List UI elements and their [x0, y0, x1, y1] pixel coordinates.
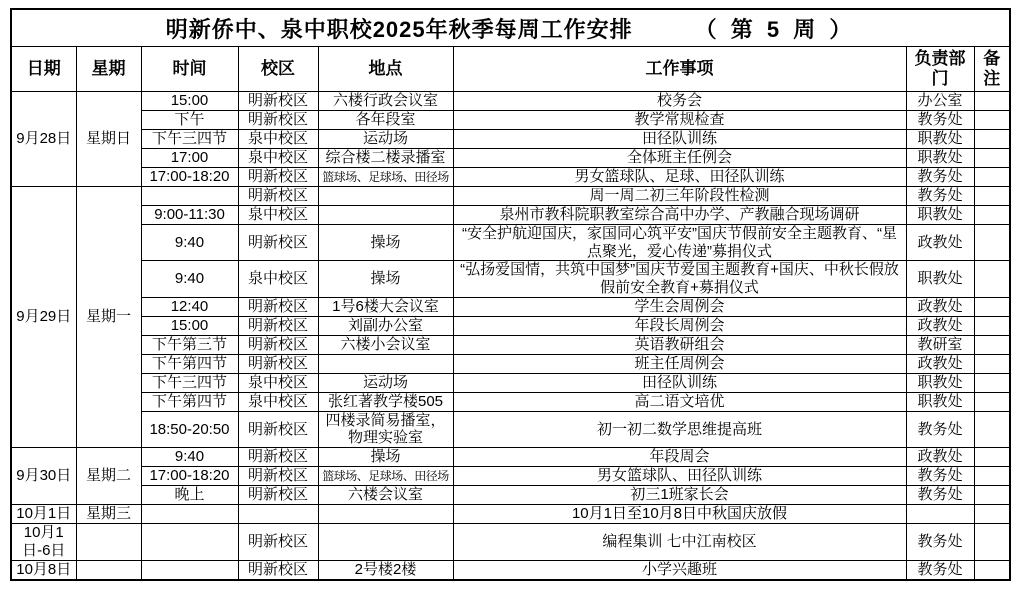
table-row: 9月30日星期二9:40明新校区操场年段周会政教处 — [11, 448, 1010, 467]
note-cell — [974, 467, 1010, 486]
place-cell: 运动场 — [318, 130, 453, 149]
place-cell — [318, 187, 453, 206]
department-cell: 政教处 — [906, 316, 974, 335]
place-cell: 刘副办公室 — [318, 316, 453, 335]
table-row: 10月8日明新校区2号楼2楼小学兴趣班教务处 — [11, 560, 1010, 580]
work-item-cell: 班主任周例会 — [453, 354, 906, 373]
department-cell: 教务处 — [906, 560, 974, 580]
table-row: 下午三四节泉中校区运动场田径队训练职教处 — [11, 130, 1010, 149]
column-header-department: 负责部门 — [906, 47, 974, 92]
weekday-cell — [76, 560, 141, 580]
department-cell: 办公室 — [906, 92, 974, 111]
time-cell: 下午三四节 — [141, 373, 238, 392]
place-cell — [318, 206, 453, 225]
campus-cell: 明新校区 — [238, 297, 318, 316]
title-text: 明新侨中、泉中职校2025年秋季每周工作安排 — [166, 17, 633, 42]
time-cell: 下午第三节 — [141, 335, 238, 354]
campus-cell: 明新校区 — [238, 354, 318, 373]
campus-cell: 泉中校区 — [238, 261, 318, 297]
place-cell: 2号楼2楼 — [318, 560, 453, 580]
place-cell: 1号6楼大会议室 — [318, 297, 453, 316]
department-cell: 教务处 — [906, 168, 974, 187]
department-cell — [906, 505, 974, 524]
campus-cell: 明新校区 — [238, 92, 318, 111]
table-row: 下午三四节泉中校区运动场田径队训练职教处 — [11, 373, 1010, 392]
department-cell: 职教处 — [906, 130, 974, 149]
table-row: 10月1日星期三10月1日至10月8日中秋国庆放假 — [11, 505, 1010, 524]
header-row: 日期星期时间校区地点工作事项负责部门备注 — [11, 47, 1010, 92]
table-row: 17:00-18:20明新校区篮球场、足球场、田径场男女篮球队、足球、田径队训练… — [11, 168, 1010, 187]
column-header-work-item: 工作事项 — [453, 47, 906, 92]
table-row: 9月29日星期一明新校区周一周二初三年阶段性检测教务处 — [11, 187, 1010, 206]
campus-cell: 泉中校区 — [238, 206, 318, 225]
time-cell: 9:40 — [141, 261, 238, 297]
note-cell — [974, 168, 1010, 187]
department-cell: 教务处 — [906, 111, 974, 130]
place-cell: 六楼行政会议室 — [318, 92, 453, 111]
column-header-time: 时间 — [141, 47, 238, 92]
place-cell: 四楼录简易播室，物理实验室 — [318, 411, 453, 447]
note-cell — [974, 261, 1010, 297]
work-item-cell: 编程集训 七中江南校区 — [453, 524, 906, 560]
date-cell: 10月1日 — [11, 505, 76, 524]
department-cell: 教务处 — [906, 524, 974, 560]
weekday-cell — [76, 524, 141, 560]
time-cell: 下午 — [141, 111, 238, 130]
time-cell: 9:40 — [141, 448, 238, 467]
note-cell — [974, 560, 1010, 580]
time-cell: 9:40 — [141, 225, 238, 261]
time-cell: 下午第四节 — [141, 354, 238, 373]
title-week: （ 第 5 周 ） — [695, 17, 856, 42]
time-cell: 17:00-18:20 — [141, 168, 238, 187]
work-item-cell: 泉州市教科院职教室综合高中办学、产教融合现场调研 — [453, 206, 906, 225]
note-cell — [974, 111, 1010, 130]
time-cell: 下午三四节 — [141, 130, 238, 149]
note-cell — [974, 92, 1010, 111]
note-cell — [974, 354, 1010, 373]
work-item-cell: “弘扬爱国情，共筑中国梦”国庆节爱国主题教育+国庆、中秋长假放假前安全教育+募捐… — [453, 261, 906, 297]
table-row: 9月28日星期日15:00明新校区六楼行政会议室校务会办公室 — [11, 92, 1010, 111]
date-cell: 9月30日 — [11, 448, 76, 505]
work-item-cell: 10月1日至10月8日中秋国庆放假 — [453, 505, 906, 524]
date-cell: 9月29日 — [11, 187, 76, 448]
place-cell: 篮球场、足球场、田径场 — [318, 168, 453, 187]
date-cell: 10月1日-6日 — [11, 524, 76, 560]
time-cell — [141, 524, 238, 560]
department-cell: 政教处 — [906, 448, 974, 467]
work-item-cell: 高二语文培优 — [453, 392, 906, 411]
page: 明新侨中、泉中职校2025年秋季每周工作安排（ 第 5 周 ） 日期星期时间校区… — [0, 0, 1019, 589]
place-cell — [318, 354, 453, 373]
campus-cell: 泉中校区 — [238, 130, 318, 149]
campus-cell: 明新校区 — [238, 448, 318, 467]
campus-cell: 明新校区 — [238, 486, 318, 505]
note-cell — [974, 335, 1010, 354]
time-cell: 18:50-20:50 — [141, 411, 238, 447]
department-cell: 教务处 — [906, 486, 974, 505]
campus-cell: 明新校区 — [238, 187, 318, 206]
place-cell — [318, 505, 453, 524]
work-item-cell: 初三1班家长会 — [453, 486, 906, 505]
note-cell — [974, 524, 1010, 560]
time-cell: 17:00-18:20 — [141, 467, 238, 486]
table-row: 晚上明新校区六楼会议室初三1班家长会教务处 — [11, 486, 1010, 505]
note-cell — [974, 411, 1010, 447]
department-cell: 职教处 — [906, 261, 974, 297]
campus-cell: 明新校区 — [238, 225, 318, 261]
table-row: 下午第四节泉中校区张红著教学楼505高二语文培优职教处 — [11, 392, 1010, 411]
table-row: 9:40泉中校区操场“弘扬爱国情，共筑中国梦”国庆节爱国主题教育+国庆、中秋长假… — [11, 261, 1010, 297]
time-cell — [141, 187, 238, 206]
place-cell: 综合楼二楼录播室 — [318, 149, 453, 168]
place-cell: 六楼会议室 — [318, 486, 453, 505]
work-item-cell: 男女篮球队、足球、田径队训练 — [453, 168, 906, 187]
date-cell: 10月8日 — [11, 560, 76, 580]
weekday-cell: 星期二 — [76, 448, 141, 505]
department-cell: 教务处 — [906, 467, 974, 486]
work-item-cell: 周一周二初三年阶段性检测 — [453, 187, 906, 206]
work-item-cell: 校务会 — [453, 92, 906, 111]
department-cell: 职教处 — [906, 373, 974, 392]
note-cell — [974, 130, 1010, 149]
time-cell: 17:00 — [141, 149, 238, 168]
campus-cell: 明新校区 — [238, 335, 318, 354]
schedule-table-body: 9月28日星期日15:00明新校区六楼行政会议室校务会办公室下午明新校区各年段室… — [11, 92, 1010, 580]
work-item-cell: 英语教研组会 — [453, 335, 906, 354]
title-row: 明新侨中、泉中职校2025年秋季每周工作安排（ 第 5 周 ） — [11, 9, 1010, 47]
place-cell: 运动场 — [318, 373, 453, 392]
campus-cell: 明新校区 — [238, 467, 318, 486]
work-item-cell: 学生会周例会 — [453, 297, 906, 316]
time-cell: 12:40 — [141, 297, 238, 316]
place-cell: 操场 — [318, 225, 453, 261]
table-row: 下午第三节明新校区六楼小会议室英语教研组会教研室 — [11, 335, 1010, 354]
time-cell: 晚上 — [141, 486, 238, 505]
date-cell: 9月28日 — [11, 92, 76, 187]
table-row: 10月1日-6日明新校区编程集训 七中江南校区教务处 — [11, 524, 1010, 560]
campus-cell: 明新校区 — [238, 168, 318, 187]
place-cell: 篮球场、足球场、田径场 — [318, 467, 453, 486]
work-item-cell: 年段周会 — [453, 448, 906, 467]
note-cell — [974, 448, 1010, 467]
campus-cell: 明新校区 — [238, 411, 318, 447]
campus-cell: 明新校区 — [238, 111, 318, 130]
department-cell: 职教处 — [906, 149, 974, 168]
campus-cell: 泉中校区 — [238, 149, 318, 168]
place-cell: 各年段室 — [318, 111, 453, 130]
note-cell — [974, 297, 1010, 316]
time-cell — [141, 505, 238, 524]
column-header-weekday: 星期 — [76, 47, 141, 92]
campus-cell: 明新校区 — [238, 524, 318, 560]
weekday-cell: 星期日 — [76, 92, 141, 187]
table-row: 12:40明新校区1号6楼大会议室学生会周例会政教处 — [11, 297, 1010, 316]
department-cell: 教务处 — [906, 411, 974, 447]
note-cell — [974, 149, 1010, 168]
department-cell: 政教处 — [906, 297, 974, 316]
work-item-cell: 田径队训练 — [453, 130, 906, 149]
time-cell: 15:00 — [141, 92, 238, 111]
note-cell — [974, 225, 1010, 261]
column-header-date: 日期 — [11, 47, 76, 92]
note-cell — [974, 316, 1010, 335]
note-cell — [974, 505, 1010, 524]
work-item-cell: 全体班主任例会 — [453, 149, 906, 168]
column-header-place: 地点 — [318, 47, 453, 92]
campus-cell: 明新校区 — [238, 316, 318, 335]
department-cell: 教研室 — [906, 335, 974, 354]
department-cell: 职教处 — [906, 392, 974, 411]
campus-cell — [238, 505, 318, 524]
table-head: 明新侨中、泉中职校2025年秋季每周工作安排（ 第 5 周 ） 日期星期时间校区… — [11, 9, 1010, 92]
place-cell: 操场 — [318, 448, 453, 467]
work-item-cell: 小学兴趣班 — [453, 560, 906, 580]
place-cell: 操场 — [318, 261, 453, 297]
time-cell — [141, 560, 238, 580]
weekly-schedule-table: 明新侨中、泉中职校2025年秋季每周工作安排（ 第 5 周 ） 日期星期时间校区… — [10, 8, 1011, 581]
table-row: 15:00明新校区刘副办公室年段长周例会政教处 — [11, 316, 1010, 335]
note-cell — [974, 392, 1010, 411]
table-row: 9:00-11:30泉中校区泉州市教科院职教室综合高中办学、产教融合现场调研职教… — [11, 206, 1010, 225]
note-cell — [974, 486, 1010, 505]
time-cell: 15:00 — [141, 316, 238, 335]
campus-cell: 泉中校区 — [238, 392, 318, 411]
campus-cell: 泉中校区 — [238, 373, 318, 392]
column-header-campus: 校区 — [238, 47, 318, 92]
note-cell — [974, 187, 1010, 206]
table-row: 9:40明新校区操场“安全护航迎国庆，家国同心筑平安”国庆节假前安全主题教育、“… — [11, 225, 1010, 261]
table-row: 下午第四节明新校区班主任周例会政教处 — [11, 354, 1010, 373]
weekday-cell: 星期一 — [76, 187, 141, 448]
time-cell: 9:00-11:30 — [141, 206, 238, 225]
place-cell: 张红著教学楼505 — [318, 392, 453, 411]
work-item-cell: 初一初二数学思维提高班 — [453, 411, 906, 447]
table-row: 17:00泉中校区综合楼二楼录播室全体班主任例会职教处 — [11, 149, 1010, 168]
time-cell: 下午第四节 — [141, 392, 238, 411]
page-title: 明新侨中、泉中职校2025年秋季每周工作安排（ 第 5 周 ） — [11, 9, 1010, 47]
work-item-cell: 田径队训练 — [453, 373, 906, 392]
place-cell: 六楼小会议室 — [318, 335, 453, 354]
department-cell: 职教处 — [906, 206, 974, 225]
note-cell — [974, 206, 1010, 225]
column-header-note: 备注 — [974, 47, 1010, 92]
department-cell: 政教处 — [906, 225, 974, 261]
note-cell — [974, 373, 1010, 392]
department-cell: 政教处 — [906, 354, 974, 373]
department-cell: 教务处 — [906, 187, 974, 206]
table-row: 18:50-20:50明新校区四楼录简易播室，物理实验室初一初二数学思维提高班教… — [11, 411, 1010, 447]
work-item-cell: “安全护航迎国庆，家国同心筑平安”国庆节假前安全主题教育、“星点聚光，爱心传递”… — [453, 225, 906, 261]
campus-cell: 明新校区 — [238, 560, 318, 580]
place-cell — [318, 524, 453, 560]
table-row: 下午明新校区各年段室教学常规检查教务处 — [11, 111, 1010, 130]
work-item-cell: 教学常规检查 — [453, 111, 906, 130]
weekday-cell: 星期三 — [76, 505, 141, 524]
work-item-cell: 男女篮球队、田径队训练 — [453, 467, 906, 486]
work-item-cell: 年段长周例会 — [453, 316, 906, 335]
table-row: 17:00-18:20明新校区篮球场、足球场、田径场男女篮球队、田径队训练教务处 — [11, 467, 1010, 486]
